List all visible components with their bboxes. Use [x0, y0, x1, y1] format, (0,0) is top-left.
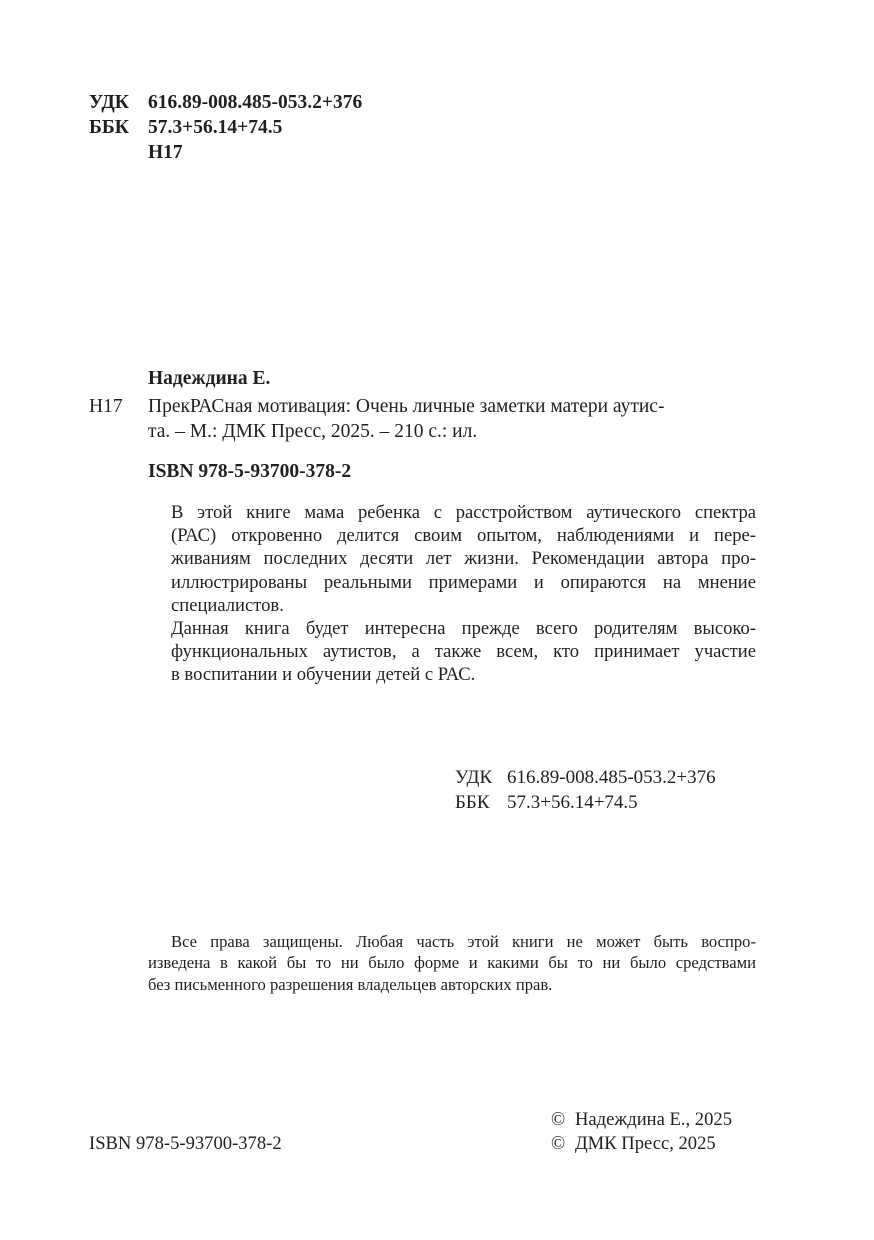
annotation-line: (РАС) откровенно делится своим опытом, н…: [148, 524, 756, 547]
annotation-line: В этой книге мама ребенка с расстройство…: [148, 501, 756, 524]
udk-row: УДК 616.89-008.485-053.2+376: [455, 765, 716, 790]
biblio-title-line: ПрекРАСная мотивация: Очень личные замет…: [148, 394, 769, 419]
rights-notice: Все права защищены. Любая часть этой кни…: [148, 931, 756, 995]
annotation-paragraph: Данная книга будет интересна прежде всег…: [148, 617, 756, 687]
author-mark-code: Н17: [89, 394, 148, 419]
bbk-row: ББК 57.3+56.14+74.5: [89, 115, 362, 140]
rights-line: без письменного разрешения владельцев ав…: [148, 974, 756, 995]
author-mark-row: Н17: [89, 140, 362, 165]
biblio-line: Н17 ПрекРАСная мотивация: Очень личные з…: [89, 394, 769, 419]
rights-line: изведена в какой бы то ни было форме и к…: [148, 952, 756, 973]
annotation-line: функциональных аутистов, а также всем, к…: [148, 640, 756, 663]
bbk-row: ББК 57.3+56.14+74.5: [455, 790, 716, 815]
bbk-label: ББК: [89, 115, 148, 140]
bbk-label: ББК: [455, 790, 507, 815]
annotation-line: иллюстрированы реальными примерами и опи…: [148, 571, 756, 594]
bibliographic-description: Н17 ПрекРАСная мотивация: Очень личные з…: [89, 394, 769, 444]
author-mark: Н17: [148, 140, 183, 165]
annotation-line: в воспитании и обучении детей с РАС.: [148, 663, 756, 686]
udk-row: УДК 616.89-008.485-053.2+376: [89, 90, 362, 115]
udk-value: 616.89-008.485-053.2+376: [507, 765, 716, 790]
biblio-line: та. – М.: ДМК Пресс, 2025. – 210 с.: ил.: [89, 419, 769, 444]
rights-line: Все права защищены. Любая часть этой кни…: [148, 931, 756, 952]
annotation-line: живаниям последних десяти лет жизни. Рек…: [148, 547, 756, 570]
biblio-publisher-line: та. – М.: ДМК Пресс, 2025. – 210 с.: ил.: [148, 419, 769, 444]
annotation-line: Данная книга будет интересна прежде всег…: [148, 617, 756, 640]
udk-label: УДК: [455, 765, 507, 790]
copyright-block: © Надеждина Е., 2025 © ДМК Пресс, 2025: [551, 1108, 732, 1156]
copyright-line: © ДМК Пресс, 2025: [551, 1132, 732, 1156]
copyright-icon: ©: [551, 1132, 575, 1156]
classification-block: УДК 616.89-008.485-053.2+376 ББК 57.3+56…: [89, 90, 362, 165]
annotation-line: специалистов.: [148, 594, 756, 617]
annotation-paragraph: В этой книге мама ребенка с расстройство…: [148, 501, 756, 617]
isbn-heading: ISBN 978-5-93700-378-2: [148, 459, 351, 484]
udk-label: УДК: [89, 90, 148, 115]
bbk-value: 57.3+56.14+74.5: [148, 115, 282, 140]
udk-value: 616.89-008.485-053.2+376: [148, 90, 362, 115]
copyright-holder: ДМК Пресс, 2025: [575, 1132, 716, 1156]
bbk-value: 57.3+56.14+74.5: [507, 790, 638, 815]
copyright-icon: ©: [551, 1108, 575, 1132]
annotation: В этой книге мама ребенка с расстройство…: [148, 501, 756, 687]
classification-block-secondary: УДК 616.89-008.485-053.2+376 ББК 57.3+56…: [455, 765, 716, 815]
isbn-footer: ISBN 978-5-93700-378-2: [89, 1132, 282, 1156]
copyright-holder: Надеждина Е., 2025: [575, 1108, 732, 1132]
copyright-line: © Надеждина Е., 2025: [551, 1108, 732, 1132]
author-name: Надеждина Е.: [148, 366, 270, 391]
